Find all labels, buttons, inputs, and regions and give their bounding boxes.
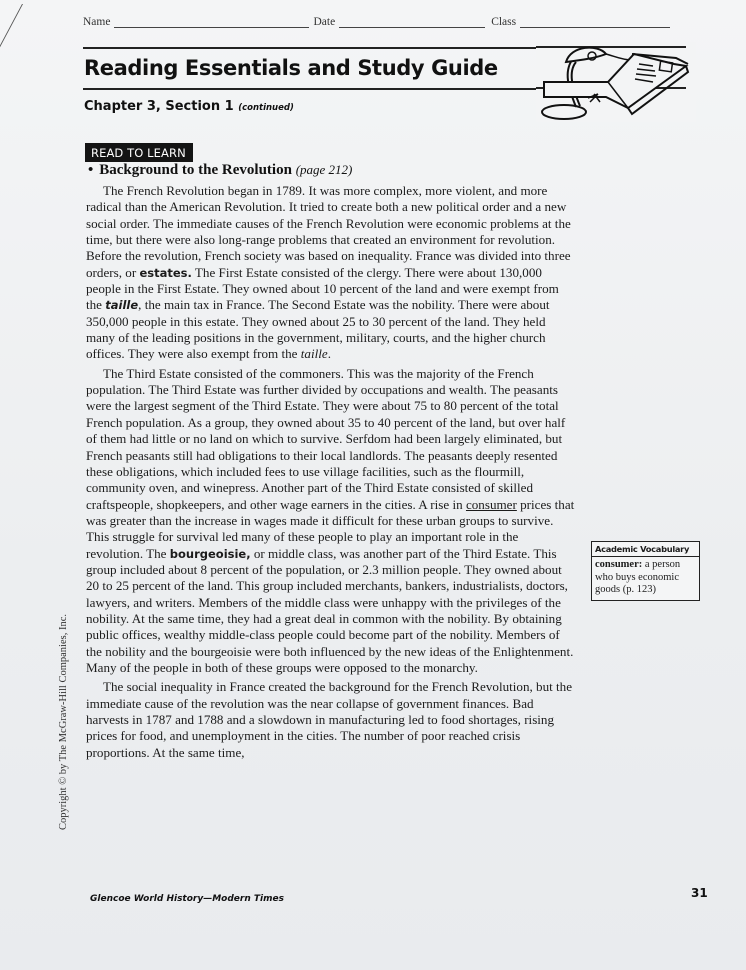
page-number: 31 bbox=[691, 886, 708, 900]
chapter-heading: Chapter 3, Section 1 (continued) bbox=[84, 99, 294, 114]
paragraph-third-estate: The Third Estate consisted of the common… bbox=[86, 366, 576, 677]
read-to-learn-badge: READ TO LEARN bbox=[85, 143, 193, 162]
date-label: Date bbox=[313, 16, 335, 28]
copyright-notice: Copyright © by The McGraw-Hill Companies… bbox=[58, 614, 69, 830]
paragraph-immediate-cause: The social inequality in France created … bbox=[86, 679, 576, 761]
chapter-continued-note: (continued) bbox=[238, 103, 294, 113]
reading-passage: The French Revolution began in 1789. It … bbox=[86, 183, 576, 764]
chapter-label: Chapter 3, Section 1 bbox=[84, 99, 234, 114]
vocab-box-title: Academic Vocabulary bbox=[592, 542, 699, 557]
class-label: Class bbox=[491, 16, 516, 28]
student-info-fields: Name Date Class bbox=[83, 12, 687, 28]
paragraph-estates: The French Revolution began in 1789. It … bbox=[86, 183, 576, 363]
class-field[interactable] bbox=[520, 15, 670, 28]
name-label: Name bbox=[83, 16, 110, 28]
vocab-term: consumer: bbox=[595, 559, 642, 570]
bullet-icon: • bbox=[88, 162, 93, 178]
vocab-link-consumer: consumer bbox=[466, 497, 517, 512]
page-title: Reading Essentials and Study Guide bbox=[84, 56, 498, 80]
keyword-bourgeoisie: bourgeoisie, bbox=[170, 547, 251, 561]
keyword-taille: taille bbox=[105, 298, 138, 312]
name-field[interactable] bbox=[114, 15, 309, 28]
worksheet-page: Name Date Class Reading Essentials and S… bbox=[0, 0, 746, 970]
desk-lamp-and-open-book-icon bbox=[536, 42, 696, 122]
pen-mark bbox=[0, 4, 23, 48]
footer-book-title: Glencoe World History—Modern Times bbox=[90, 894, 284, 904]
section-heading: •Background to the Revolution (page 212) bbox=[88, 162, 352, 179]
academic-vocabulary-box: Academic Vocabulary consumer: a person w… bbox=[591, 541, 700, 601]
page-reference: (page 212) bbox=[296, 162, 353, 177]
keyword-estates: estates. bbox=[139, 266, 191, 280]
vocab-definition: consumer: a person who buys economic goo… bbox=[592, 557, 699, 600]
date-field[interactable] bbox=[339, 15, 485, 28]
section-heading-text: Background to the Revolution bbox=[99, 162, 292, 178]
